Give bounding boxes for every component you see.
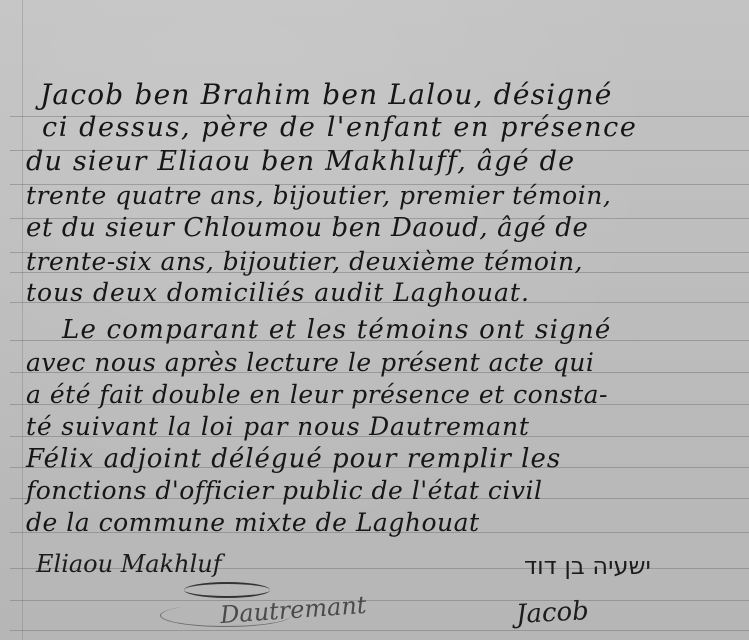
signature-flourish (160, 604, 291, 627)
text-line: trente-six ans, bijoutier, deuxième témo… (26, 247, 583, 276)
signature-flourish (184, 582, 270, 598)
ruled-line (10, 600, 749, 601)
text-line: Le comparant et les témoins ont signé (62, 315, 611, 345)
signature-father: Jacob (515, 596, 589, 630)
text-line: Jacob ben Brahim ben Lalou, désigné (40, 78, 613, 111)
text-line: fonctions d'officier public de l'état ci… (26, 476, 543, 505)
signature-witness-1: Eliaou Makhluf (36, 550, 222, 578)
signature-hebrew: ישעיה בן דוד (524, 552, 651, 580)
text-line: Félix adjoint délégué pour remplir les (26, 444, 561, 474)
ruled-line (10, 630, 749, 631)
text-line: ci dessus, père de l'enfant en présence (42, 112, 637, 143)
text-line: a été fait double en leur présence et co… (26, 380, 608, 409)
text-line: avec nous après lecture le présent acte … (26, 348, 594, 377)
text-line: et du sieur Chloumou ben Daoud, âgé de (26, 213, 589, 243)
text-line: du sieur Eliaou ben Makhluff, âgé de (26, 146, 575, 177)
text-line: trente quatre ans, bijoutier, premier té… (26, 181, 611, 210)
text-line: té suivant la loi par nous Dautremant (26, 412, 530, 441)
margin-line (22, 0, 23, 640)
text-line: de la commune mixte de Laghouat (26, 508, 480, 537)
text-line: tous deux domiciliés audit Laghouat. (26, 278, 530, 307)
document-page: Jacob ben Brahim ben Lalou, désigné ci d… (0, 0, 749, 640)
